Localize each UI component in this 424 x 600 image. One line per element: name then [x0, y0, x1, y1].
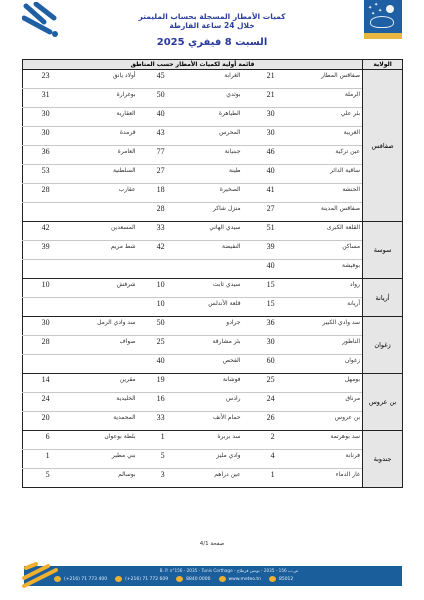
rainfall-value: 40 [138, 108, 173, 127]
globe-icon [219, 576, 226, 582]
contact-text: (+216) 71 772 609 [125, 577, 168, 582]
table-row: أريانةرواد15سيدي ثابت10شرفش10 [23, 279, 403, 298]
station-name: الرملة [283, 89, 363, 108]
stripes-logo-icon [22, 2, 64, 38]
station-name: الفحص [173, 355, 243, 374]
rainfall-value: 36 [23, 146, 58, 165]
station-name: الغريبة [283, 127, 363, 146]
table-row: مرناق24رادس16الخليدية24 [23, 393, 403, 412]
main-header: قائمة أولية لكميات الأمطار حسب المناطق [23, 60, 363, 70]
station-name: المحرس [173, 127, 243, 146]
station-name: سد بربرة [173, 431, 243, 450]
station-name: أريانة [283, 298, 363, 317]
table-row: عين تركية46جبنيانة77العامرة36 [23, 146, 403, 165]
station-name: بومهل [283, 374, 363, 393]
rainfall-value: 26 [243, 412, 283, 431]
rainfall-value: 30 [243, 108, 283, 127]
governorate-cell: جندوبة [363, 431, 403, 488]
station-name: عقارب [58, 184, 138, 203]
station-name: العقارية [58, 108, 138, 127]
station-name: أولاد يانق [58, 70, 138, 89]
fax-icon [115, 576, 122, 582]
station-name: بئر مشارقة [173, 336, 243, 355]
rainfall-value: 23 [23, 70, 58, 89]
station-name [58, 355, 138, 374]
logo-band [364, 33, 402, 39]
table-row: جندوبةسد بوهرتمة2سد بربرة1بلطة بوعوان6 [23, 431, 403, 450]
sun-icon [386, 5, 394, 13]
station-name: قلعة الأندلس [173, 298, 243, 317]
station-name: رادس [173, 393, 243, 412]
governorate-cell: زغوان [363, 317, 403, 374]
station-name: شرفش [58, 279, 138, 298]
station-name: المسعدين [58, 222, 138, 241]
footer-contact: 85012 [269, 576, 293, 582]
rainfall-value: 40 [243, 260, 283, 279]
rainfall-value: 39 [243, 241, 283, 260]
station-name: جبنيانة [173, 146, 243, 165]
station-name: فرنانة [283, 450, 363, 469]
station-name: صواف [58, 336, 138, 355]
table-row: بن عروسبومهل25فوشانة19مقرين14 [23, 374, 403, 393]
station-name [58, 203, 138, 222]
table-body: صفاقسصفاقس المطار21الغرابة45أولاد يانق23… [23, 70, 403, 488]
station-name: سيدي الهاني [173, 222, 243, 241]
rainfall-value: 50 [138, 89, 173, 108]
rainfall-value: 21 [243, 89, 283, 108]
rainfall-value: 19 [138, 374, 173, 393]
station-name: طينة [173, 165, 243, 184]
governorate-cell: بن عروس [363, 374, 403, 431]
station-name: الناظور [283, 336, 363, 355]
rainfall-value: 33 [138, 222, 173, 241]
rainfall-value: 14 [23, 374, 58, 393]
governorate-cell: أريانة [363, 279, 403, 317]
station-name: وادي مليز [173, 450, 243, 469]
station-name: العامرة [58, 146, 138, 165]
table-row: بئر علي30الطياهرة40العقارية30 [23, 108, 403, 127]
table-row: زغوان60الفحص40 [23, 355, 403, 374]
footer-contact: (+216) 71 772 609 [115, 576, 168, 582]
rainfall-value: 30 [23, 317, 58, 336]
rainfall-value: 42 [23, 222, 58, 241]
sms-icon [269, 576, 276, 582]
rainfall-value: 40 [138, 355, 173, 374]
station-name: عين دراهم [173, 469, 243, 488]
rainfall-value: 4 [243, 450, 283, 469]
rainfall-value: 30 [243, 336, 283, 355]
station-name [58, 260, 138, 279]
station-name: بني مطير [58, 450, 138, 469]
rainfall-value [23, 203, 58, 222]
table-row: بوفيشة40 [23, 260, 403, 279]
rainfall-value: 28 [138, 203, 173, 222]
station-name: بن عروس [283, 412, 363, 431]
rainfall-value: 60 [243, 355, 283, 374]
station-name: النفيضة [173, 241, 243, 260]
rainfall-value: 30 [243, 127, 283, 146]
rainfall-value [23, 298, 58, 317]
contact-text: (+216) 71 773 400 [64, 577, 107, 582]
rainfall-value: 15 [243, 298, 283, 317]
table-row: صفاقسصفاقس المطار21الغرابة45أولاد يانق23 [23, 70, 403, 89]
table-row: سوسةالقلعة الكبرى51سيدي الهاني33المسعدين… [23, 222, 403, 241]
rainfall-value: 5 [23, 469, 58, 488]
station-name: بوغرارة [58, 89, 138, 108]
station-name: ساقية الدائر [283, 165, 363, 184]
rainfall-value: 27 [243, 203, 283, 222]
rainfall-value: 5 [138, 450, 173, 469]
rainfall-value: 42 [138, 241, 173, 260]
table-row: أريانة15قلعة الأندلس10 [23, 298, 403, 317]
rainfall-value: 31 [23, 89, 58, 108]
station-name: سد وادي الرمل [58, 317, 138, 336]
station-name: المحمدية [58, 412, 138, 431]
cloud-icon [370, 16, 394, 28]
governorate-header: الولاية [363, 60, 403, 70]
rainfall-value: 27 [138, 165, 173, 184]
station-name: رواد [283, 279, 363, 298]
station-name: مرناق [283, 393, 363, 412]
institute-logo: ✦ ✦ ✦ ✦ [364, 0, 402, 39]
station-name: الحنشة [283, 184, 363, 203]
phone-icon [176, 576, 183, 582]
rainfall-value: 36 [243, 317, 283, 336]
rainfall-value: 24 [243, 393, 283, 412]
table-row: صفاقس المدينة27منزل شاكر28 [23, 203, 403, 222]
station-name: السلطنية [58, 165, 138, 184]
station-name: جرادو [173, 317, 243, 336]
station-name: صفاقس المدينة [283, 203, 363, 222]
rainfall-value: 1 [243, 469, 283, 488]
contact-text: www.meteo.tn [229, 577, 261, 582]
table-row: الرملة21بوثدي50بوغرارة31 [23, 89, 403, 108]
station-name: بوثدي [173, 89, 243, 108]
rainfall-value: 46 [243, 146, 283, 165]
table-row: بن عروس26حمام الأنف33المحمدية20 [23, 412, 403, 431]
rainfall-value: 6 [23, 431, 58, 450]
report-title: كميات الأمطار المسجلة بحساب المليمتر [100, 12, 324, 21]
contact-text: 85012 [279, 577, 293, 582]
station-name: فوشانة [173, 374, 243, 393]
rainfall-value: 30 [23, 108, 58, 127]
report-date: السبت 8 فيفري 2025 [100, 37, 324, 48]
station-name: غار الدماء [283, 469, 363, 488]
rainfall-value: 10 [138, 279, 173, 298]
station-name: منزل شاكر [173, 203, 243, 222]
station-name [173, 260, 243, 279]
station-name: صفاقس المطار [283, 70, 363, 89]
table-row: الغريبة30المحرس43قرمدة30 [23, 127, 403, 146]
rainfall-value: 28 [23, 184, 58, 203]
footer-contacts: (+216) 71 773 400(+216) 71 772 6098840 0… [54, 576, 394, 582]
rainfall-value: 1 [23, 450, 58, 469]
rainfall-value: 10 [138, 298, 173, 317]
rainfall-value: 53 [23, 165, 58, 184]
table-row: غار الدماء1عين دراهم3بوسالم5 [23, 469, 403, 488]
station-name: سد بوهرتمة [283, 431, 363, 450]
station-name: سد وادي الكبير [283, 317, 363, 336]
governorate-cell: سوسة [363, 222, 403, 279]
rainfall-value: 77 [138, 146, 173, 165]
station-name: الطياهرة [173, 108, 243, 127]
station-name: قرمدة [58, 127, 138, 146]
rainfall-value: 28 [23, 336, 58, 355]
footer-stripes-icon [22, 560, 62, 588]
station-name: الخليدية [58, 393, 138, 412]
rainfall-value: 51 [243, 222, 283, 241]
rainfall-value: 45 [138, 70, 173, 89]
footer-contact: 8840 0000 [176, 576, 210, 582]
table-row: الناظور30بئر مشارقة25صواف28 [23, 336, 403, 355]
rainfall-value: 41 [243, 184, 283, 203]
station-name: الغرابة [173, 70, 243, 89]
footer-contact: www.meteo.tn [219, 576, 261, 582]
rainfall-value: 20 [23, 412, 58, 431]
footer-address: B. P. n°156 - 2035 - Tunis Carthage - ص.… [104, 568, 354, 573]
rainfall-value: 43 [138, 127, 173, 146]
rainfall-value: 18 [138, 184, 173, 203]
rainfall-value [23, 260, 58, 279]
station-name: القلعة الكبرى [283, 222, 363, 241]
rainfall-table: الولاية قائمة أولية لكميات الأمطار حسب ا… [22, 59, 403, 488]
table-row: زغوانسد وادي الكبير36جرادو50سد وادي الرم… [23, 317, 403, 336]
table-row: الحنشة41الصخيرة18عقارب28 [23, 184, 403, 203]
station-name: بئر علي [283, 108, 363, 127]
station-name: سيدي ثابت [173, 279, 243, 298]
rainfall-value: 16 [138, 393, 173, 412]
rainfall-value [23, 355, 58, 374]
page-number: صفحة 4/1 [0, 541, 424, 547]
rainfall-value: 1 [138, 431, 173, 450]
rainfall-value: 30 [23, 127, 58, 146]
rainfall-value: 25 [138, 336, 173, 355]
station-name: شط مريم [58, 241, 138, 260]
station-name [58, 298, 138, 317]
station-name: مساكن [283, 241, 363, 260]
table-row: مساكن39النفيضة42شط مريم39 [23, 241, 403, 260]
rainfall-value: 21 [243, 70, 283, 89]
rainfall-value: 2 [243, 431, 283, 450]
footer-bar: B. P. n°156 - 2035 - Tunis Carthage - ص.… [24, 566, 402, 586]
report-subtitle: خلال 24 ساعة الفارطة [100, 21, 324, 30]
station-name: مقرين [58, 374, 138, 393]
rainfall-value: 50 [138, 317, 173, 336]
rainfall-value: 10 [23, 279, 58, 298]
station-name: بلطة بوعوان [58, 431, 138, 450]
station-name: حمام الأنف [173, 412, 243, 431]
station-name: عين تركية [283, 146, 363, 165]
rainfall-value: 3 [138, 469, 173, 488]
rainfall-value: 25 [243, 374, 283, 393]
rainfall-value [138, 260, 173, 279]
contact-text: 8840 0000 [186, 577, 210, 582]
station-name: بوفيشة [283, 260, 363, 279]
rainfall-value: 39 [23, 241, 58, 260]
rainfall-value: 40 [243, 165, 283, 184]
station-name: زغوان [283, 355, 363, 374]
governorate-cell: صفاقس [363, 70, 403, 222]
station-name: بوسالم [58, 469, 138, 488]
rainfall-value: 33 [138, 412, 173, 431]
table-row: ساقية الدائر40طينة27السلطنية53 [23, 165, 403, 184]
station-name: الصخيرة [173, 184, 243, 203]
star-icon: ✦ [378, 9, 382, 14]
table-row: فرنانة4وادي مليز5بني مطير1 [23, 450, 403, 469]
rainfall-value: 24 [23, 393, 58, 412]
rainfall-value: 15 [243, 279, 283, 298]
